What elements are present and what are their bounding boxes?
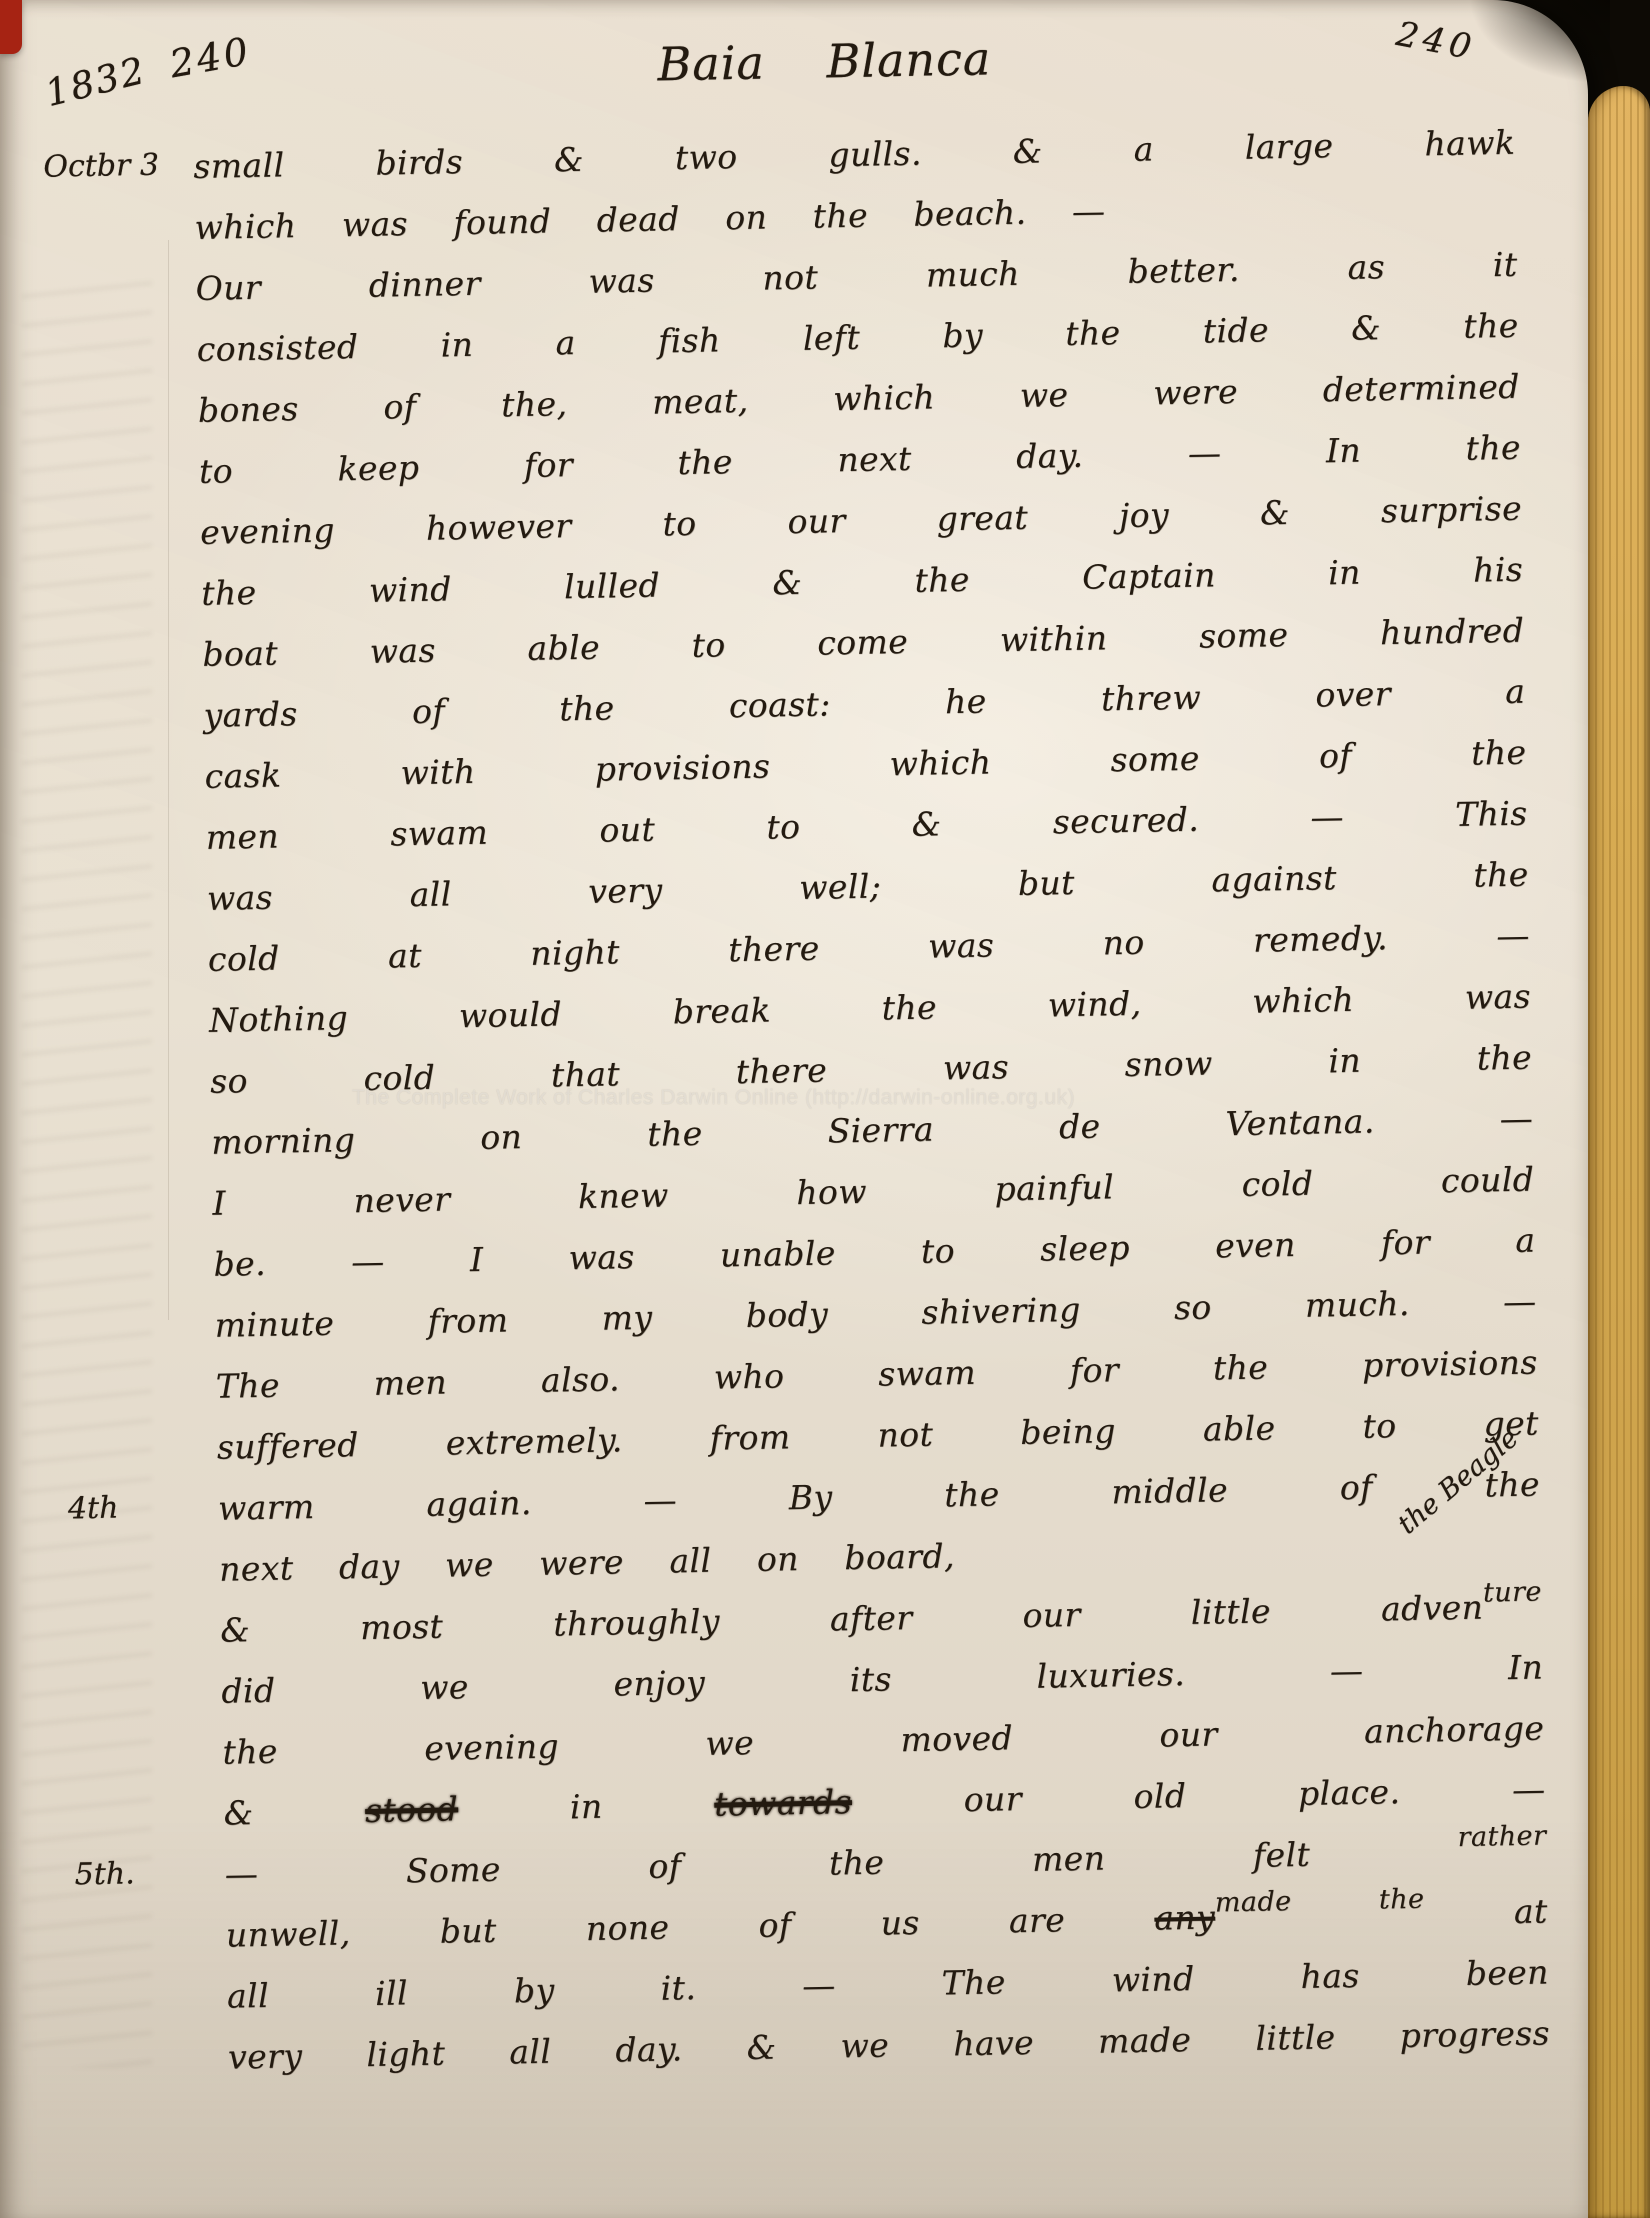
margin-date-note bbox=[51, 563, 202, 627]
text-segment: unwell, but none of us are bbox=[226, 1899, 1155, 1955]
margin-date-note bbox=[44, 197, 195, 261]
text-segment: next day we were all on board, bbox=[219, 1536, 955, 1588]
margin-date-note bbox=[57, 929, 208, 993]
margin-date-note bbox=[46, 319, 197, 383]
text-segment: rather bbox=[1457, 1820, 1546, 1853]
text-segment: ture bbox=[1483, 1576, 1542, 1608]
text-segment: — Some of the men felt bbox=[224, 1832, 1458, 1894]
margin-date-note bbox=[50, 502, 201, 566]
margin-date-note bbox=[60, 1051, 211, 1115]
book-photo: 1832 240 Baia Blanca 240 Octbr 3small bi… bbox=[0, 0, 1650, 2218]
text-segment: stood bbox=[365, 1789, 459, 1830]
watermark-text: The Complete Work of Charles Darwin Onli… bbox=[352, 1086, 1412, 1110]
margin-date-note bbox=[53, 685, 204, 749]
margin-date-note: 4th bbox=[68, 1478, 219, 1542]
margin-date-note bbox=[56, 868, 207, 932]
margin-date-note: Octbr 3 bbox=[43, 136, 194, 200]
page-number-right: 240 bbox=[1393, 0, 1517, 75]
margin-date-note bbox=[59, 990, 210, 1054]
manuscript-text: 1832 240 Baia Blanca 240 Octbr 3small bi… bbox=[0, 0, 1608, 2091]
margin-date-note bbox=[63, 1234, 214, 1298]
margin-date-note bbox=[47, 380, 198, 444]
margin-date-note bbox=[73, 1783, 224, 1847]
margin-date-note bbox=[72, 1722, 223, 1786]
margin-date-note bbox=[65, 1356, 216, 1420]
page-number-left: 240 bbox=[166, 27, 254, 87]
margin-date-note bbox=[71, 1661, 222, 1725]
margin-date-note bbox=[54, 746, 205, 810]
margin-date-note bbox=[55, 807, 206, 871]
text-segment: our old place. — bbox=[852, 1769, 1546, 1821]
margin-date-note bbox=[78, 2027, 229, 2091]
margin-date-note bbox=[66, 1417, 217, 1481]
text-segment: & bbox=[223, 1791, 365, 1833]
text-segment: any bbox=[1154, 1898, 1215, 1938]
margin-date-note bbox=[70, 1600, 221, 1664]
margin-date-note bbox=[75, 1905, 226, 1969]
margin-date-note bbox=[61, 1112, 212, 1176]
text-segment: which was found dead on the beach. — bbox=[194, 191, 1105, 247]
year-note: 1832 bbox=[36, 21, 176, 115]
margin-date-note bbox=[48, 441, 199, 505]
margin-date-note bbox=[52, 624, 203, 688]
margin-date-note bbox=[62, 1173, 213, 1237]
margin-date-note bbox=[45, 258, 196, 322]
text-segment: made the bbox=[1215, 1884, 1425, 1919]
margin-date-note bbox=[64, 1295, 215, 1359]
page-title: Baia Blanca bbox=[251, 12, 1399, 99]
text-segment: at bbox=[1424, 1891, 1548, 1932]
text-segment: towards bbox=[714, 1782, 852, 1824]
margin-date-note: 5th. bbox=[74, 1844, 225, 1908]
margin-date-note bbox=[69, 1539, 220, 1603]
margin-date-note bbox=[76, 1966, 227, 2030]
text-segment: in bbox=[458, 1785, 715, 1829]
